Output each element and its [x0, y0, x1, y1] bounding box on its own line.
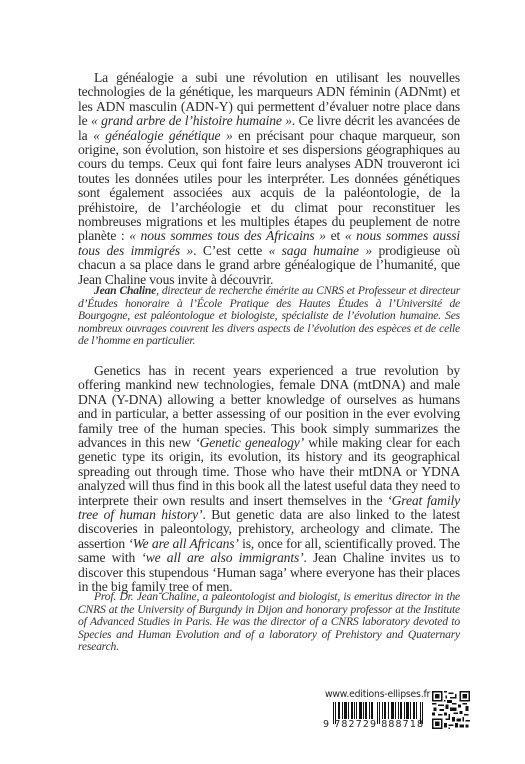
french-summary: La généalogie a subi une révolution en u… [78, 71, 460, 287]
publisher-footer: www.editions-ellipses.fr 9 782729 888718 [323, 689, 483, 734]
english-author-bio: Prof. Dr. Jean Chaline, a paleontologist… [78, 591, 460, 654]
english-bio-paragraph: Prof. Dr. Jean Chaline, a paleontologist… [78, 591, 460, 654]
french-bio-paragraph: Jean Chaline, directeur de recherche émé… [78, 285, 460, 348]
english-paragraph: Genetics has in recent years experienced… [78, 364, 460, 595]
french-author-bio: Jean Chaline, directeur de recherche émé… [78, 285, 460, 348]
publisher-website[interactable]: www.editions-ellipses.fr [325, 689, 430, 700]
author-name: Jean Chaline [94, 284, 156, 297]
english-summary: Genetics has in recent years experienced… [78, 364, 460, 595]
isbn-number: 9 782729 888718 [323, 719, 424, 730]
qr-code-icon[interactable] [432, 691, 470, 729]
french-paragraph: La généalogie a subi une révolution en u… [78, 71, 460, 287]
